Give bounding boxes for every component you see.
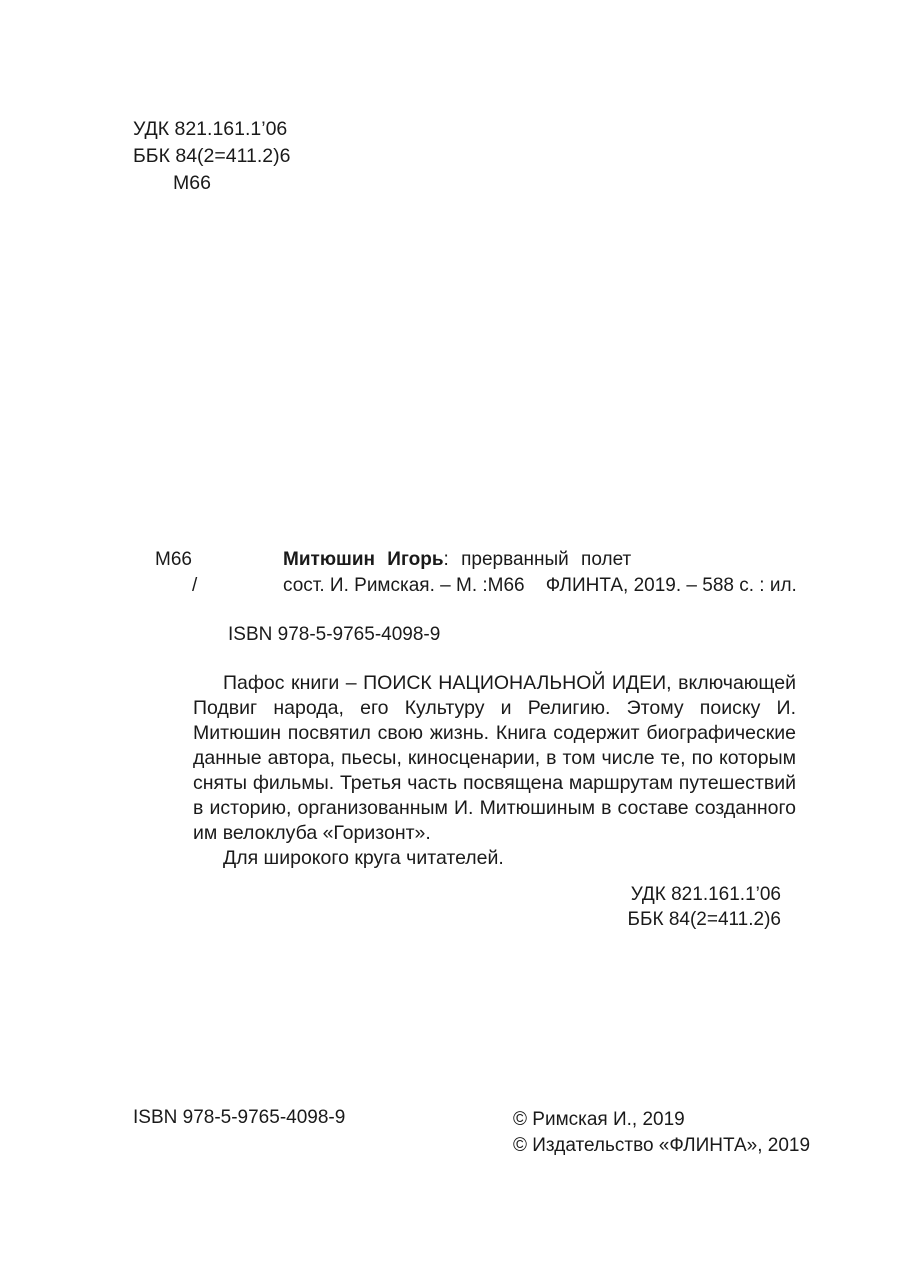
udc-number: УДК 821.161.1’06 — [133, 116, 290, 143]
copyright-block: © Римская И., 2019 © Издательство «ФЛИНТ… — [513, 1107, 810, 1158]
classification-block-right: УДК 821.161.1’06 ББК 84(2=411.2)6 — [628, 882, 781, 932]
imprint-line: сост. И. Римская. – М. :М66 ФЛИНТА, 2019… — [283, 573, 803, 599]
book-author-title: Митюшин Игорь — [283, 549, 444, 570]
author-mark: М66 — [133, 170, 290, 197]
imprint-page: УДК 821.161.1’06 ББК 84(2=411.2)6 М66 М6… — [0, 0, 905, 1269]
catalog-author-mark: М66 — [155, 549, 192, 571]
bbk-number: ББК 84(2=411.2)6 — [133, 143, 290, 170]
annotation-block: Пафос книги – ПОИСК НАЦИОНАЛЬНОЙ ИДЕИ, в… — [193, 671, 796, 871]
book-subtitle: : прерванный полет — [444, 549, 632, 570]
classification-block: УДК 821.161.1’06 ББК 84(2=411.2)6 М66 — [133, 116, 290, 197]
annotation-paragraph: Пафос книги – ПОИСК НАЦИОНАЛЬНОЙ ИДЕИ, в… — [193, 671, 796, 846]
catalog-description: Митюшин Игорь: прерванный полет сост. И.… — [283, 547, 803, 599]
catalog-slash: / — [192, 575, 197, 597]
udc-number-bottom: УДК 821.161.1’06 — [628, 882, 781, 907]
copyright-publisher: © Издательство «ФЛИНТА», 2019 — [513, 1133, 810, 1159]
isbn-number: ISBN 978-5-9765-4098-9 — [228, 624, 440, 646]
bbk-number-bottom: ББК 84(2=411.2)6 — [628, 907, 781, 932]
copyright-author: © Римская И., 2019 — [513, 1107, 810, 1133]
book-title-line: Митюшин Игорь: прерванный полет — [283, 547, 803, 573]
annotation-audience: Для широкого круга читателей. — [193, 846, 796, 871]
footer-isbn: ISBN 978-5-9765-4098-9 — [133, 1107, 345, 1129]
